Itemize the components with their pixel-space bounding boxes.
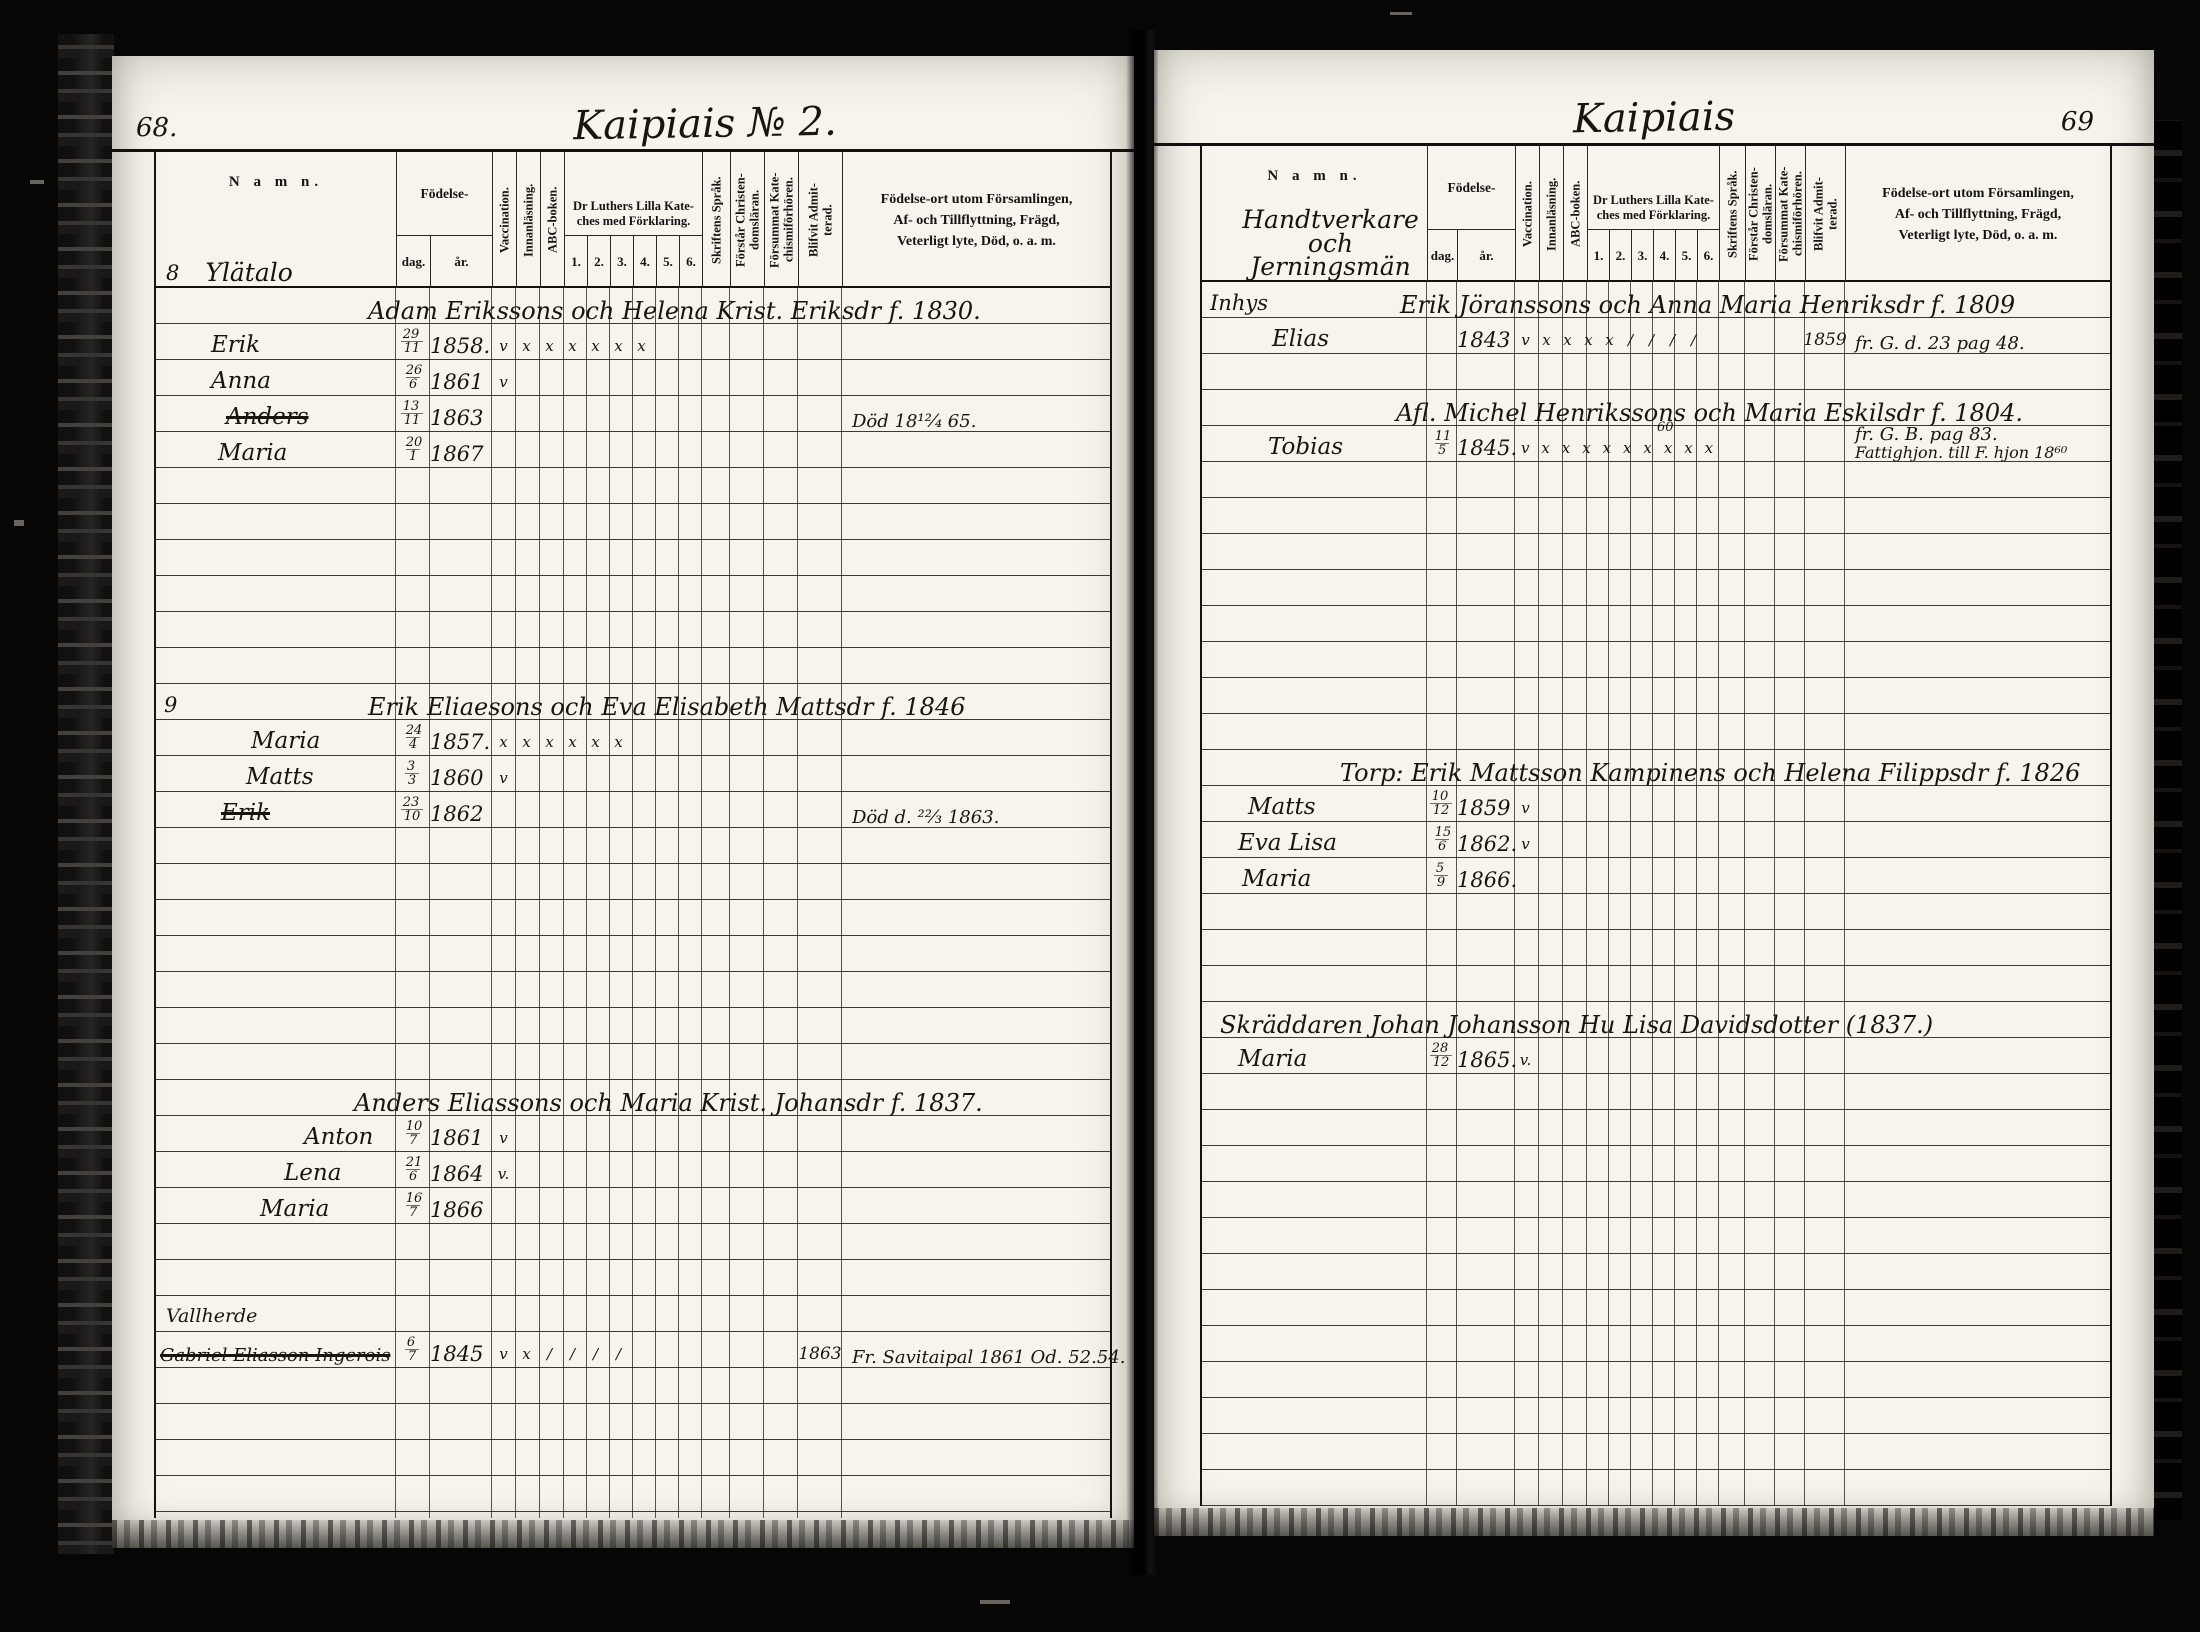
family-header-row: Anders Eliassons och Maria Krist. Johans… [156, 1080, 1110, 1116]
birth-month: 6 [406, 1169, 420, 1183]
birth-day-month: 107 [404, 1120, 423, 1148]
mark: x [607, 337, 630, 355]
admitted-year: 1859 [1805, 318, 1845, 353]
ruled-row [1202, 1074, 2110, 1110]
person-name: Maria [218, 442, 287, 467]
left-table-body: Adam Erikssons och Helena Krist. Eriksdr… [156, 288, 1110, 1518]
person-name-cell: Anna [156, 360, 396, 395]
column-header-innanlasning: Innanläsning. [516, 152, 540, 288]
column-header-blifvit-admitterad: Blifvit Admit- terad. [1805, 146, 1845, 282]
scan-speck [30, 180, 44, 184]
column-header-dag: dag. [1427, 230, 1457, 282]
birth-year: 1865. [1457, 1038, 1515, 1073]
person-name: Anton [304, 1126, 373, 1151]
ruled-row [1202, 1362, 2110, 1398]
person-row: Erik23101862Död d. ²²⁄₃ 1863. [156, 792, 1110, 828]
family-header-text: Torp: Erik Mattsson Kampinens och Helena… [1340, 759, 2080, 787]
birth-day-month: 216 [404, 1156, 423, 1184]
birth-year: 1866. [1457, 858, 1515, 893]
ruled-row [156, 648, 1110, 684]
person-row: Maria2441857.xxxxxx [156, 720, 1110, 756]
column-header-innanlasning: Innanläsning. [1539, 146, 1563, 282]
family-header-row: Torp: Erik Mattsson Kampinens och Helena… [1202, 750, 2110, 786]
examination-marks: v. [492, 1152, 702, 1187]
mark: v. [492, 1165, 515, 1183]
person-name-cell: Erik [156, 792, 396, 827]
kateches-col-5: 5. [1675, 230, 1697, 282]
birth-day: 24 [406, 724, 423, 737]
birth-month: 9 [1434, 875, 1448, 889]
person-name: Tobias [1268, 436, 1343, 461]
column-header-blifvit-admitterad: Blifvit Admit- terad. [798, 152, 842, 288]
mark: / [1662, 331, 1683, 349]
mark: x [607, 733, 630, 751]
birth-month: 1 [406, 449, 420, 463]
mark: x [1536, 331, 1557, 349]
person-name-cell: Elias [1202, 318, 1427, 353]
birth-year: 1845. [1457, 426, 1515, 461]
ruled-row [156, 1368, 1110, 1404]
birth-day-month: 59 [1434, 862, 1450, 890]
family-header-text: Skräddaren Johan Johansson Hu Lisa David… [1220, 1011, 1933, 1039]
mark: x [561, 733, 584, 751]
examination-marks: v [1515, 786, 1719, 821]
ruled-row [156, 1260, 1110, 1296]
ruled-row [156, 828, 1110, 864]
person-row: Maria591866. [1202, 858, 2110, 894]
column-header-forsummat-katechismiforhoren: Försummat Kate- chismiförhören. [764, 152, 798, 288]
ruled-row [1202, 930, 2110, 966]
remark-line: Död d. ²²⁄₃ 1863. [852, 809, 1110, 827]
birth-day-month: 167 [404, 1192, 423, 1220]
birth-year: 1860 [430, 756, 492, 791]
ruled-row [156, 468, 1110, 504]
ruled-row [156, 900, 1110, 936]
birth-day-month: 266 [404, 364, 423, 392]
mark: v [492, 1345, 515, 1363]
person-row: Maria1671866 [156, 1188, 1110, 1224]
ruled-row [1202, 606, 2110, 642]
kateches-col-6: 6. [1697, 230, 1719, 282]
person-name: Anders [226, 406, 309, 431]
mark: x [584, 733, 607, 751]
mark: x [1535, 439, 1555, 457]
person-name-cell: Tobias [1202, 426, 1427, 461]
right-table-body: InhysErik Jöranssons och Anna Maria Henr… [1202, 282, 2110, 1506]
person-name: Maria [1238, 1048, 1307, 1073]
person-name: Maria [1242, 868, 1311, 893]
ruled-row [156, 1008, 1110, 1044]
examination-marks: vx//// [492, 1332, 702, 1367]
ruled-row [156, 972, 1110, 1008]
person-name: Erik [221, 802, 270, 827]
birth-month: 7 [406, 1133, 420, 1147]
mark: x [1578, 331, 1599, 349]
birth-day-month: 2911 [401, 328, 426, 356]
column-header-notes: Födelse-ort utom Församlingen, Af- och T… [842, 152, 1110, 288]
examination-marks: v [492, 360, 702, 395]
person-name: Lena [284, 1162, 341, 1187]
column-header-skriftens-sprak: Skriftens Språk. [702, 152, 730, 288]
left-title-band: 68. Kaipiais № 2. [112, 56, 1134, 152]
right-page-title: Kaipiais [1573, 94, 1736, 143]
left-table-header: N a m n. 8 Ylätalo Födelse- dag. år. Vac… [156, 152, 1110, 288]
mark: x [1637, 439, 1657, 457]
birth-day-month-cell: 1012 [1427, 786, 1457, 821]
person-name-cell: Eva Lisa [1202, 822, 1427, 857]
column-header-forstar-christendomslaran: Förstår Christen- domsläran. [730, 152, 764, 288]
birth-day-month-cell: 115 [1427, 426, 1457, 461]
person-row: Erik29111858.vxxxxxx [156, 324, 1110, 360]
admitted-year: 1863 [798, 1332, 842, 1367]
birth-month: 7 [405, 1349, 419, 1363]
namn-annotation: Handtverkare och Jerningsmän [1212, 208, 1423, 279]
person-name: Anna [211, 370, 271, 395]
person-name: Maria [251, 730, 320, 755]
mark: x [1699, 439, 1719, 457]
kateches-col-1: 1. [1587, 230, 1609, 282]
birth-day: 16 [406, 1192, 423, 1205]
family-header-text: Erik Eliaesons och Eva Elisabeth Mattsdr… [368, 693, 966, 721]
ruled-row [156, 612, 1110, 648]
column-header-kateches: Dr Luthers Lilla Kate- ches med Förklari… [1587, 146, 1719, 230]
left-table: N a m n. 8 Ylätalo Födelse- dag. år. Vac… [154, 152, 1112, 1518]
person-name: Matts [1248, 796, 1316, 821]
birth-year: 1864 [430, 1152, 492, 1187]
mark: x [1678, 439, 1698, 457]
mark: / [538, 1345, 561, 1363]
ruled-row [156, 936, 1110, 972]
birth-day-month-cell: 201 [396, 432, 430, 467]
person-name-cell: Gabriel Eliasson Ingerois [156, 1332, 396, 1367]
birth-day: 28 [1432, 1042, 1449, 1055]
family-header-text: Anders Eliassons och Maria Krist. Johans… [354, 1089, 983, 1117]
person-name-cell: Lena [156, 1152, 396, 1187]
ruled-row [1202, 1218, 2110, 1254]
examination-marks: v. [1515, 1038, 1719, 1073]
examination-marks: vxxxxxxxxx [1515, 426, 1719, 461]
remark-line: Död 18¹²⁄₄ 65. [852, 413, 1110, 431]
mark: v [1515, 331, 1536, 349]
kateches-col-3: 3. [610, 236, 633, 288]
person-name: Elias [1272, 328, 1329, 353]
column-header-fodelse: Födelse- [396, 152, 492, 236]
ruled-row [1202, 462, 2110, 498]
kateches-col-2: 2. [1609, 230, 1631, 282]
ruled-row [1202, 1110, 2110, 1146]
person-name-cell: Maria [1202, 1038, 1427, 1073]
birth-day-month: 1311 [401, 400, 426, 428]
birth-day-month-cell: 156 [1427, 822, 1457, 857]
ruled-row [1202, 354, 2110, 390]
mark: x [515, 337, 538, 355]
birth-month: 10 [401, 809, 424, 823]
person-name-cell: Maria [156, 720, 396, 755]
column-header-skriftens-sprak: Skriftens Språk. [1719, 146, 1745, 282]
examination-marks: xxxxxx [492, 720, 702, 755]
birth-day-month: 156 [1433, 826, 1452, 854]
scan-speck [1390, 12, 1412, 15]
examination-marks: vxxxxxx [492, 324, 702, 359]
birth-day-month-cell: 67 [396, 1332, 430, 1367]
ruled-row [1202, 498, 2110, 534]
birth-day-month: 2310 [401, 796, 426, 824]
birth-year: 1861 [430, 360, 492, 395]
birth-day: 6 [407, 1336, 415, 1349]
birth-year: 1845 [430, 1332, 492, 1367]
column-header-dag: dag. [396, 236, 430, 288]
birth-day-month: 33 [405, 760, 421, 788]
birth-day-month: 1012 [1430, 790, 1455, 818]
mark: x [1617, 439, 1637, 457]
column-header-fodelse: Födelse- [1427, 146, 1515, 230]
ruled-row [1202, 1290, 2110, 1326]
birth-year: 1867 [430, 432, 492, 467]
birth-day: 20 [406, 436, 423, 449]
kateches-col-6: 6. [679, 236, 702, 288]
person-name-cell: Maria [156, 432, 396, 467]
person-name: Gabriel Eliasson Ingerois [160, 1347, 390, 1367]
examination-marks: v [1515, 822, 1719, 857]
family-header-row: InhysErik Jöranssons och Anna Maria Henr… [1202, 282, 2110, 318]
mark: / [1683, 331, 1704, 349]
kateches-col-2: 2. [587, 236, 610, 288]
column-header-namn: N a m n. Handtverkare och Jerningsmän [1202, 146, 1427, 282]
mark: v [492, 769, 515, 787]
birth-year: 1863 [430, 396, 492, 431]
scan-left-edge-artifact [58, 34, 114, 1554]
mark: x [538, 733, 561, 751]
birth-day-month-cell: 216 [396, 1152, 430, 1187]
birth-day-month-cell: 33 [396, 756, 430, 791]
person-name-cell: Anton [156, 1116, 396, 1151]
birth-day: 29 [403, 328, 420, 341]
mark: x [1557, 331, 1578, 349]
birth-day-month: 115 [1433, 430, 1452, 458]
remark-line: Fattighjon. till F. hjon 18⁶⁰ [1855, 445, 2110, 461]
mark: x [1576, 439, 1596, 457]
birth-day: 21 [406, 1156, 423, 1169]
kateches-col-4: 4. [1653, 230, 1675, 282]
birth-month: 6 [406, 377, 420, 391]
birth-day: 13 [403, 400, 420, 413]
remark-note: fr. G. d. 23 pag 48. [1845, 318, 2110, 353]
right-table: N a m n. Handtverkare och Jerningsmän Fö… [1200, 146, 2112, 1506]
ruled-row [1202, 1326, 2110, 1362]
birth-month: 3 [405, 773, 419, 787]
birth-day-month: 2812 [1430, 1042, 1455, 1070]
birth-day: 11 [1435, 430, 1452, 443]
birth-year: 1858. [430, 324, 492, 359]
birth-day-month-cell: 2911 [396, 324, 430, 359]
person-name-cell: Erik [156, 324, 396, 359]
mark: v [1515, 835, 1536, 853]
mark: / [607, 1345, 630, 1363]
remark-line: fr. G. d. 23 pag 48. [1855, 335, 2110, 353]
birth-day-month: 201 [404, 436, 423, 464]
birth-year: 1862. [1457, 822, 1515, 857]
left-page-number: 68. [136, 113, 177, 143]
remark-note: Död d. ²²⁄₃ 1863. [842, 792, 1110, 827]
family-header-text: Erik Jöranssons och Anna Maria Henriksdr… [1400, 291, 2015, 319]
remark-note: Död 18¹²⁄₄ 65. [842, 396, 1110, 431]
mark: x [630, 337, 653, 355]
mark: x [1599, 331, 1620, 349]
remark-line: fr. G. B. pag 83. [1855, 426, 2110, 444]
birth-day-month-cell: 107 [396, 1116, 430, 1151]
family-header-text: Adam Erikssons och Helena Krist. Eriksdr… [368, 297, 981, 325]
occupation-label-row: Vallherde [156, 1296, 1110, 1332]
birth-day: 23 [403, 796, 420, 809]
person-row: Lena2161864v. [156, 1152, 1110, 1188]
column-header-notes: Födelse-ort utom Församlingen, Af- och T… [1845, 146, 2110, 282]
ruled-row [1202, 570, 2110, 606]
birth-month: 12 [1430, 803, 1453, 817]
family-header-row: Adam Erikssons och Helena Krist. Eriksdr… [156, 288, 1110, 324]
family-header-row: 9Erik Eliaesons och Eva Elisabeth Mattsd… [156, 684, 1110, 720]
scan-speck [980, 1600, 1010, 1604]
mark: v [492, 337, 515, 355]
person-row: Matts331860v [156, 756, 1110, 792]
birth-year: 1843 [1457, 318, 1515, 353]
birth-day: 15 [1435, 826, 1452, 839]
kateches-col-5: 5. [656, 236, 679, 288]
ruled-row [1202, 714, 2110, 750]
column-header-abc-boken: ABC-boken. [1563, 146, 1587, 282]
ruled-row [156, 1224, 1110, 1260]
birth-month: 7 [406, 1205, 420, 1219]
person-name: Eva Lisa [1238, 832, 1337, 857]
ruled-row [1202, 1182, 2110, 1218]
birth-year: 1857. [430, 720, 492, 755]
mark: x [1597, 439, 1617, 457]
person-row: Anders13111863Död 18¹²⁄₄ 65. [156, 396, 1110, 432]
column-header-kateches: Dr Luthers Lilla Kate- ches med Förklari… [564, 152, 702, 236]
ruled-row [156, 576, 1110, 612]
column-header-forstar-christendomslaran: Förstår Christen- domsläran. [1745, 146, 1775, 282]
birth-day: 10 [406, 1120, 423, 1133]
ruled-row [1202, 894, 2110, 930]
birth-day-month-cell: 244 [396, 720, 430, 755]
ruled-row [1202, 1470, 2110, 1506]
person-name-cell: Matts [1202, 786, 1427, 821]
person-row: Anton1071861v [156, 1116, 1110, 1152]
ruled-row [1202, 534, 2110, 570]
mark: / [584, 1345, 607, 1363]
ruled-row [156, 864, 1110, 900]
ruled-row [156, 540, 1110, 576]
person-row: Gabriel Eliasson Ingerois671845vx////186… [156, 1332, 1110, 1368]
namn-annotation: 8 Ylätalo [166, 261, 392, 285]
mark: x [538, 337, 561, 355]
left-page-title: Kaipiais № 2. [573, 99, 837, 150]
remark-note: Fr. Savitaipal 1861 Od. 52.54. [842, 1332, 1126, 1367]
mark: v. [1515, 1051, 1536, 1069]
person-row: Maria2011867 [156, 432, 1110, 468]
mark: / [1620, 331, 1641, 349]
person-name-cell: Matts [156, 756, 396, 791]
birth-day-month-cell: 167 [396, 1188, 430, 1223]
remark-line: Fr. Savitaipal 1861 Od. 52.54. [852, 1349, 1126, 1367]
ruled-row [156, 1044, 1110, 1080]
birth-day: 26 [406, 364, 423, 377]
kateches-col-3: 3. [1631, 230, 1653, 282]
birth-day-month-cell: 2310 [396, 792, 430, 827]
ruled-row [1202, 678, 2110, 714]
mark: / [1641, 331, 1662, 349]
mark: v [1515, 439, 1535, 457]
column-header-namn: N a m n. 8 Ylätalo [156, 152, 396, 288]
person-name: Matts [246, 766, 314, 791]
family-annotation: 60 [1657, 420, 1674, 435]
ruled-row [1202, 1398, 2110, 1434]
person-row: Elias1843vxxxx////1859fr. G. d. 23 pag 4… [1202, 318, 2110, 354]
column-header-abc-boken: ABC-boken. [540, 152, 564, 288]
birth-month: 11 [401, 413, 424, 427]
birth-month: 5 [1435, 443, 1449, 457]
birth-year: 1862 [430, 792, 492, 827]
right-page-number: 69 [2061, 107, 2094, 137]
mark: x [561, 337, 584, 355]
person-name-cell: Maria [156, 1188, 396, 1223]
right-table-header: N a m n. Handtverkare och Jerningsmän Fö… [1202, 146, 2110, 282]
person-row: Maria28121865.v. [1202, 1038, 2110, 1074]
ruled-row [1202, 1146, 2110, 1182]
column-header-vaccination: Vaccination. [1515, 146, 1539, 282]
person-name: Erik [211, 334, 260, 359]
birth-day-month: 67 [405, 1336, 421, 1364]
person-row: Eva Lisa1561862.v [1202, 822, 2110, 858]
birth-month: 6 [1435, 839, 1449, 853]
kateches-col-4: 4. [633, 236, 656, 288]
column-header-ar: år. [1457, 230, 1515, 282]
mark: v [492, 1129, 515, 1147]
person-row: Tobias1151845.vxxxxxxxxxfr. G. B. pag 83… [1202, 426, 2110, 462]
family-header-text: Afl. Michel Henrikssons och Maria Eskils… [1396, 399, 2023, 427]
village-name: Ylätalo [205, 261, 292, 285]
mark: x [1556, 439, 1576, 457]
person-name-cell: Anders [156, 396, 396, 431]
column-header-ar: år. [430, 236, 492, 288]
column-header-vaccination: Vaccination. [492, 152, 516, 288]
kateches-col-1: 1. [564, 236, 587, 288]
mark: x [515, 1345, 538, 1363]
village-margin-number: 8 [166, 261, 179, 285]
ruled-row [1202, 1434, 2110, 1470]
birth-day-month-cell: 59 [1427, 858, 1457, 893]
scan-speck [14, 520, 24, 526]
ruled-row [156, 1440, 1110, 1476]
mark: / [561, 1345, 584, 1363]
person-row: Matts10121859v [1202, 786, 2110, 822]
birth-month: 11 [401, 341, 424, 355]
birth-year: 1866 [430, 1188, 492, 1223]
family-margin-label: Inhys [1210, 291, 1268, 315]
family-margin-label: 9 [164, 693, 177, 717]
examination-marks: v [492, 756, 702, 791]
mark: x [515, 733, 538, 751]
mark: x [492, 733, 515, 751]
person-name-cell: Maria [1202, 858, 1427, 893]
person-name: Maria [260, 1198, 329, 1223]
birth-day-month: 244 [404, 724, 423, 752]
family-header-row: Skräddaren Johan Johansson Hu Lisa David… [1202, 1002, 2110, 1038]
birth-year: 1861 [430, 1116, 492, 1151]
birth-day-month-cell: 1311 [396, 396, 430, 431]
remark-note: fr. G. B. pag 83.Fattighjon. till F. hjo… [1845, 426, 2110, 461]
ruled-row [156, 1404, 1110, 1440]
mark: v [1515, 799, 1536, 817]
